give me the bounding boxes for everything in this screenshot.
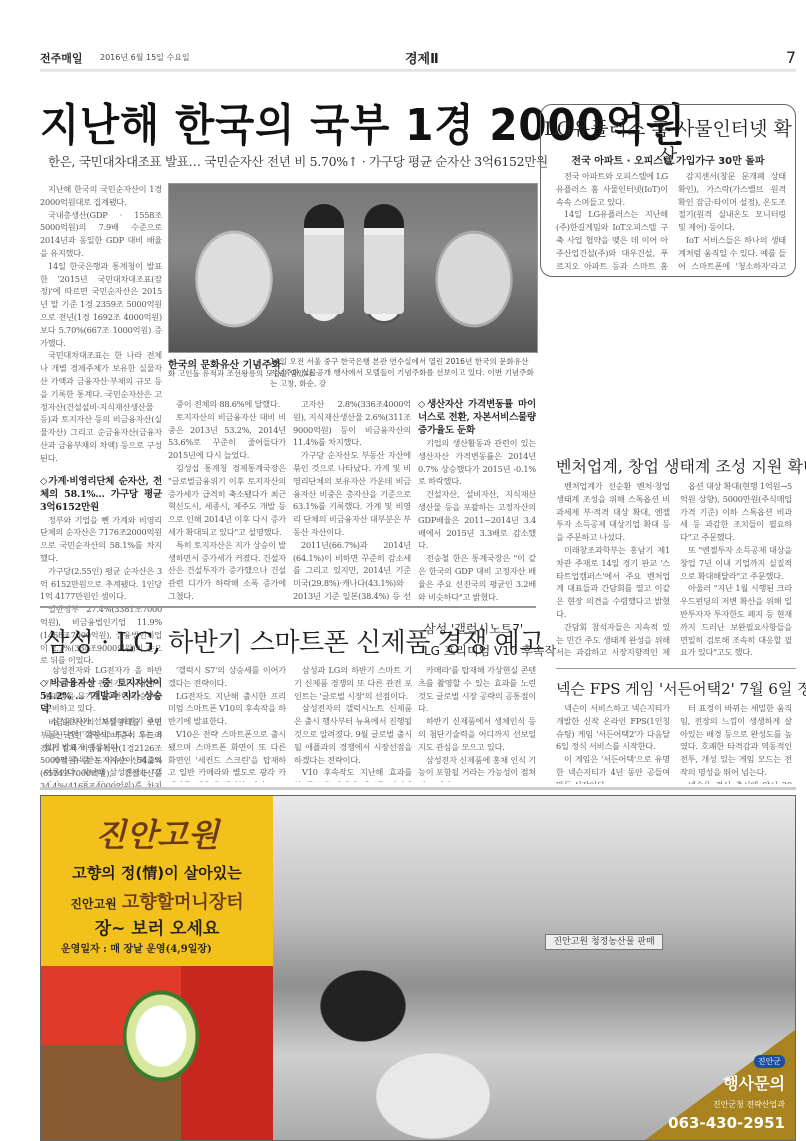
paragraph: IoT 서비스들은 하나의 생태계처럼 움직일 수 있다. 예를 들어 스마트폰… bbox=[678, 234, 786, 270]
commemorative-coin-photo bbox=[168, 183, 538, 353]
paragraph: V10 후속작도 지난해 효과를 본 글로벌 마케팅 행보를 이어갈 공산이 크… bbox=[294, 766, 412, 782]
ad-divider bbox=[40, 787, 796, 790]
paragraph: 가구당(2.55인) 평균 순자산은 3억 6152만원으로 추계됐다. 1인당… bbox=[40, 565, 162, 603]
section-divider bbox=[556, 668, 796, 669]
venture-column-1: 벤처업계가 선순환 벤처·창업 생태계 조성을 위해 스톡옵션 비과세제 부·적… bbox=[556, 480, 670, 660]
samsung-column-2: '갤럭시 S7'의 상승세를 이어가겠다는 전략이다. LG전자도 지난해 출시… bbox=[168, 664, 286, 782]
model-figure bbox=[304, 204, 344, 314]
paragraph: 가장 주목받는 이슈는 신제품의 이름이다. 지난해 삼성전자는 '갤럭시노트5… bbox=[44, 754, 162, 782]
ad-produce-collage bbox=[41, 966, 273, 1141]
ad-line-2-prefix: 진안고원 bbox=[70, 897, 116, 911]
paragraph: 감지센서(창문 문개폐 상태 확인), 가스락(가스밸브 원격 확인 잠금·타이… bbox=[678, 170, 786, 234]
samsung-column-1: 삼성전자와 LG전자가 올 하반기 스마트폰 및 관련기기 시장에서 신제품을 … bbox=[44, 664, 162, 782]
paragraph: 카메라'를 탑재해 가상현실 콘텐츠를 촬영할 수 있는 효과를 노린 것도 글… bbox=[418, 664, 536, 715]
paragraph: 아울러 "지난 1월 시행된 크라우드펀딩의 저변 확산을 위해 일반투자자 투… bbox=[680, 582, 792, 659]
lead-column-4: ◇생산자산 가격변동률 마이너스로 전환, 자본서비스물량 증가율도 둔화 기업… bbox=[418, 398, 536, 603]
paragraph: 14일 한국은행과 통계청이 발표한 '2015년 국민대차대조표(잠정)'에 … bbox=[40, 260, 162, 350]
section-title: 경제Ⅱ bbox=[405, 48, 439, 67]
lg-column-2: 감지센서(창문 문개폐 상태 확인), 가스락(가스밸브 원격 확인 잠금·타이… bbox=[678, 170, 786, 270]
paragraph: 하반기 신제품에서 생체인식 등의 첨단기술력을 어디까지 선보일 지도 관심을… bbox=[418, 715, 536, 753]
model-figure bbox=[364, 204, 404, 314]
nexon-column-1: 넥슨이 서비스하고 넥슨지티가 개발한 신작 온라인 FPS(1인칭슈팅) 게임… bbox=[556, 702, 670, 784]
paragraph: 전국 아파트와 오피스텔에 LG유플러스 홈 사물인터넷(IoT)이 속속 스며… bbox=[556, 170, 668, 208]
paragraph: 이 게임은 '서든어택'으로 유명한 넥슨지티가 4년 동안 공들여 만든 신작… bbox=[556, 753, 670, 784]
paragraph: 중이 전체의 88.6%에 달했다. bbox=[168, 398, 286, 411]
nexon-column-2: 터 표정이 바뀌는 세밀한 움직임, 전장의 느낌이 생생하게 살아있는 배경 … bbox=[680, 702, 792, 784]
contact-department: 진안군청 전략산업과 bbox=[713, 1099, 785, 1110]
paragraph: 2011년(66.7%)과 2014년(64.1%)이 비하면 꾸준히 감소세를… bbox=[293, 539, 411, 603]
paragraph: 미래창조과학부는 홍남기 제1차관 주재로 14일 경기 판교 '스타트업캠퍼스… bbox=[556, 544, 670, 621]
issue-date: 2016년 6월 15일 수요일 bbox=[100, 52, 190, 63]
paragraph: 삼성전자가 선보일 하반기 주인공은 단연 '갤럭시노트'다. 오는 8월께 발… bbox=[44, 715, 162, 753]
lg-subhead: 전국 아파트 · 오피스텔 가입가구 30만 돌파 bbox=[540, 152, 796, 167]
paragraph: 삼성전자와 LG전자가 올 하반기 스마트폰 및 관련기기 시장에서 신제품을 … bbox=[44, 664, 162, 715]
paragraph: 지난해 한국의 국민순자산이 1경 2000억원대로 집계됐다. bbox=[40, 183, 162, 209]
paragraph: 벤처업계가 선순환 벤처·창업 생태계 조성을 위해 스톡옵션 비과세제 부·적… bbox=[556, 480, 670, 544]
venture-headline: 벤처업계, 창업 생태계 조성 지원 확대 요구 bbox=[556, 454, 806, 477]
samsung-subhead-2: LG 프리미엄 V10 후속작 bbox=[424, 642, 556, 659]
jinan-county-logo: 진안군 bbox=[754, 1055, 785, 1068]
paragraph: 정부와 기업을 뺀 가계와 비영리단체의 순자산은 7176조2000억원으로 … bbox=[40, 514, 162, 565]
section-heading: ◇가계·비영리단체 순자산, 전체의 58.1%… 가구당 평균 3억6152만… bbox=[40, 475, 162, 514]
ad-yellow-panel: 진안고원 고향의 정(情)이 살아있는 진안고원 고향할머니장터 장~ 보러 오… bbox=[41, 796, 273, 966]
paragraph: 고자산 2.8%(336조4000억원), 지식재산생산물 2.6%(311조9… bbox=[293, 398, 411, 449]
section-heading: ◇생산자산 가격변동률 마이너스로 전환, 자본서비스물량 증가율도 둔화 bbox=[418, 398, 536, 437]
photo-caption-tail: 화 고인돌 유적과 조선왕릉의 모습을 담았다. bbox=[168, 368, 315, 379]
lead-column-3: 고자산 2.8%(336조4000억원), 지식재산생산물 2.6%(311조9… bbox=[293, 398, 411, 603]
samsung-subhead-1: 삼성 '갤럭시노트7' bbox=[424, 620, 523, 637]
paragraph: 특히 토지자산은 지가 상승이 발생하면서 증가세가 커졌다. 건설자산은 건설… bbox=[168, 539, 286, 603]
lead-subhead: 한은, 국민대차대조표 발표… 국민순자산 전년 비 5.70%↑ · 가구당 … bbox=[48, 152, 548, 170]
paragraph: 기업의 생산활동과 관련이 있는 생산자산 가격변동률은 2014년 0.7% … bbox=[418, 437, 536, 488]
paragraph: 터 표정이 바뀌는 세밀한 움직임, 전장의 느낌이 생생하게 살아있는 배경 … bbox=[680, 702, 792, 779]
ad-line-2-highlight: 고향할머니장터 bbox=[122, 892, 244, 913]
paragraph: 간담회 참석자들은 지속적 있는 민간 주도 생태계 완성을 위해서는 과감하고… bbox=[556, 621, 670, 660]
paragraph: 토지자산의 비금융자산 대비 비중은 2013년 53.2%, 2014년 53… bbox=[168, 411, 286, 462]
paragraph: 가구당 순자산도 부동산 자산에 묶인 것으로 나타났다. 가계 및 비영리단체… bbox=[293, 449, 411, 539]
contact-phone: 063-430-2951 bbox=[668, 1114, 785, 1132]
paragraph: 삼성전자의 갤럭시노트 신제품은 출시 행사부터 뉴욕에서 진행될 것으로 알려… bbox=[294, 702, 412, 766]
samsung-column-3: 삼성과 LG의 하반기 스마트 기기 신제품 경쟁의 또 다른 관전 포인트는 … bbox=[294, 664, 412, 782]
paragraph: LG전자도 지난해 출시한 프리미엄 스마트폰 V10의 후속작을 하반기에 발… bbox=[168, 690, 286, 728]
contact-title: 행사문의 bbox=[723, 1071, 785, 1094]
market-banner: 진안고원 청정농산물 판매 bbox=[545, 934, 663, 950]
paragraph: V10은 전략 스마트폰으로 출시됐으며 스마트폰 화면이 또 다른 화면인 '… bbox=[168, 728, 286, 782]
paragraph: 김성섭 통계청 경제통계국장은 "글로벌금융위기 이후 토지자산의 증가세가 급… bbox=[168, 462, 286, 539]
paragraph: 넥슨이 서비스하고 넥슨지티가 개발한 신작 온라인 FPS(1인칭슈팅) 게임… bbox=[556, 702, 670, 753]
paragraph: 삼성과 LG의 하반기 스마트 기기 신제품 경쟁의 또 다른 관전 포인트는 … bbox=[294, 664, 412, 702]
paragraph: 국내총생산(GDP · 1558조5000억원)의 7.9배 수준으로 2014… bbox=[40, 209, 162, 260]
page-number: 7 bbox=[786, 48, 796, 67]
paragraph: 이밖에 업계는 기업인수합병(M&A) 활성화를 위한 시장거래 인센티브 부여… bbox=[680, 659, 792, 660]
ad-line-2: 진안고원 고향할머니장터 bbox=[41, 888, 273, 914]
section-divider bbox=[40, 606, 536, 608]
jinan-calligraphy-logo: 진안고원 bbox=[41, 810, 273, 856]
paragraph: 14일 LG유플러스는 지난해 (주)한길게밈와 IoT오피스텔 구축 사업 협… bbox=[556, 208, 668, 270]
venture-column-2: 옵션 대상 확대(현행 1억원→5억원 상향), 5000만원(주식매입가격 기… bbox=[680, 480, 792, 660]
paragraph: 옵션 대상 확대(현행 1억원→5억원 상향), 5000만원(주식매입가격 기… bbox=[680, 480, 792, 544]
paragraph: '갤럭시 S7'의 상승세를 이어가겠다는 전략이다. bbox=[168, 664, 286, 690]
ad-line-1: 고향의 정(情)이 살아있는 bbox=[41, 862, 273, 883]
nexon-headline: 넥슨 FPS 게임 '서든어택2' 7월 6일 정식 서비스 bbox=[556, 678, 806, 699]
paragraph: 전승철 한은 통계국장은 "이 같은 한국의 GDP 대비 고정자산 배율은 주… bbox=[418, 552, 536, 603]
ad-line-3: 장~ 보러 오세요 bbox=[41, 914, 273, 939]
lead-column-2: 중이 전체의 88.6%에 달했다. 토지자산의 비금융자산 대비 비중은 20… bbox=[168, 398, 286, 603]
newspaper-name: 전주매일 bbox=[40, 50, 83, 66]
paragraph: 넥슨은 정식 출시에 앞서 20일부터 7월 5일까지 사전등록 이벤트와 사전… bbox=[680, 779, 792, 784]
lg-column-1: 전국 아파트와 오피스텔에 LG유플러스 홈 사물인터넷(IoT)이 속속 스며… bbox=[556, 170, 668, 270]
paragraph: 또 "엔젤투자 소득공제 대상을 창업 7년 이내 기업까지 실질적으로 확대해… bbox=[680, 544, 792, 582]
paragraph: 국민대차대조표는 한 나라 전체나 개별 경제주체가 보유한 실물자산 가액과 … bbox=[40, 349, 162, 464]
paragraph: 삼성전자 신제품에 홍채 인식 기능이 포함될 거라는 가능성이 점쳐지고 있다… bbox=[418, 754, 536, 782]
advertisement-jinan-market: 진안고원 고향의 정(情)이 살아있는 진안고원 고향할머니장터 장~ 보러 오… bbox=[40, 795, 796, 1141]
paragraph: 건설자산, 설비자산, 지식재산 생산물 등을 포괄하는 고정자산의 GDP배율… bbox=[418, 488, 536, 552]
masthead-rule bbox=[40, 69, 796, 72]
samsung-column-4: 카메라'를 탑재해 가상현실 콘텐츠를 촬영할 수 있는 효과를 노린 것도 글… bbox=[418, 664, 536, 782]
